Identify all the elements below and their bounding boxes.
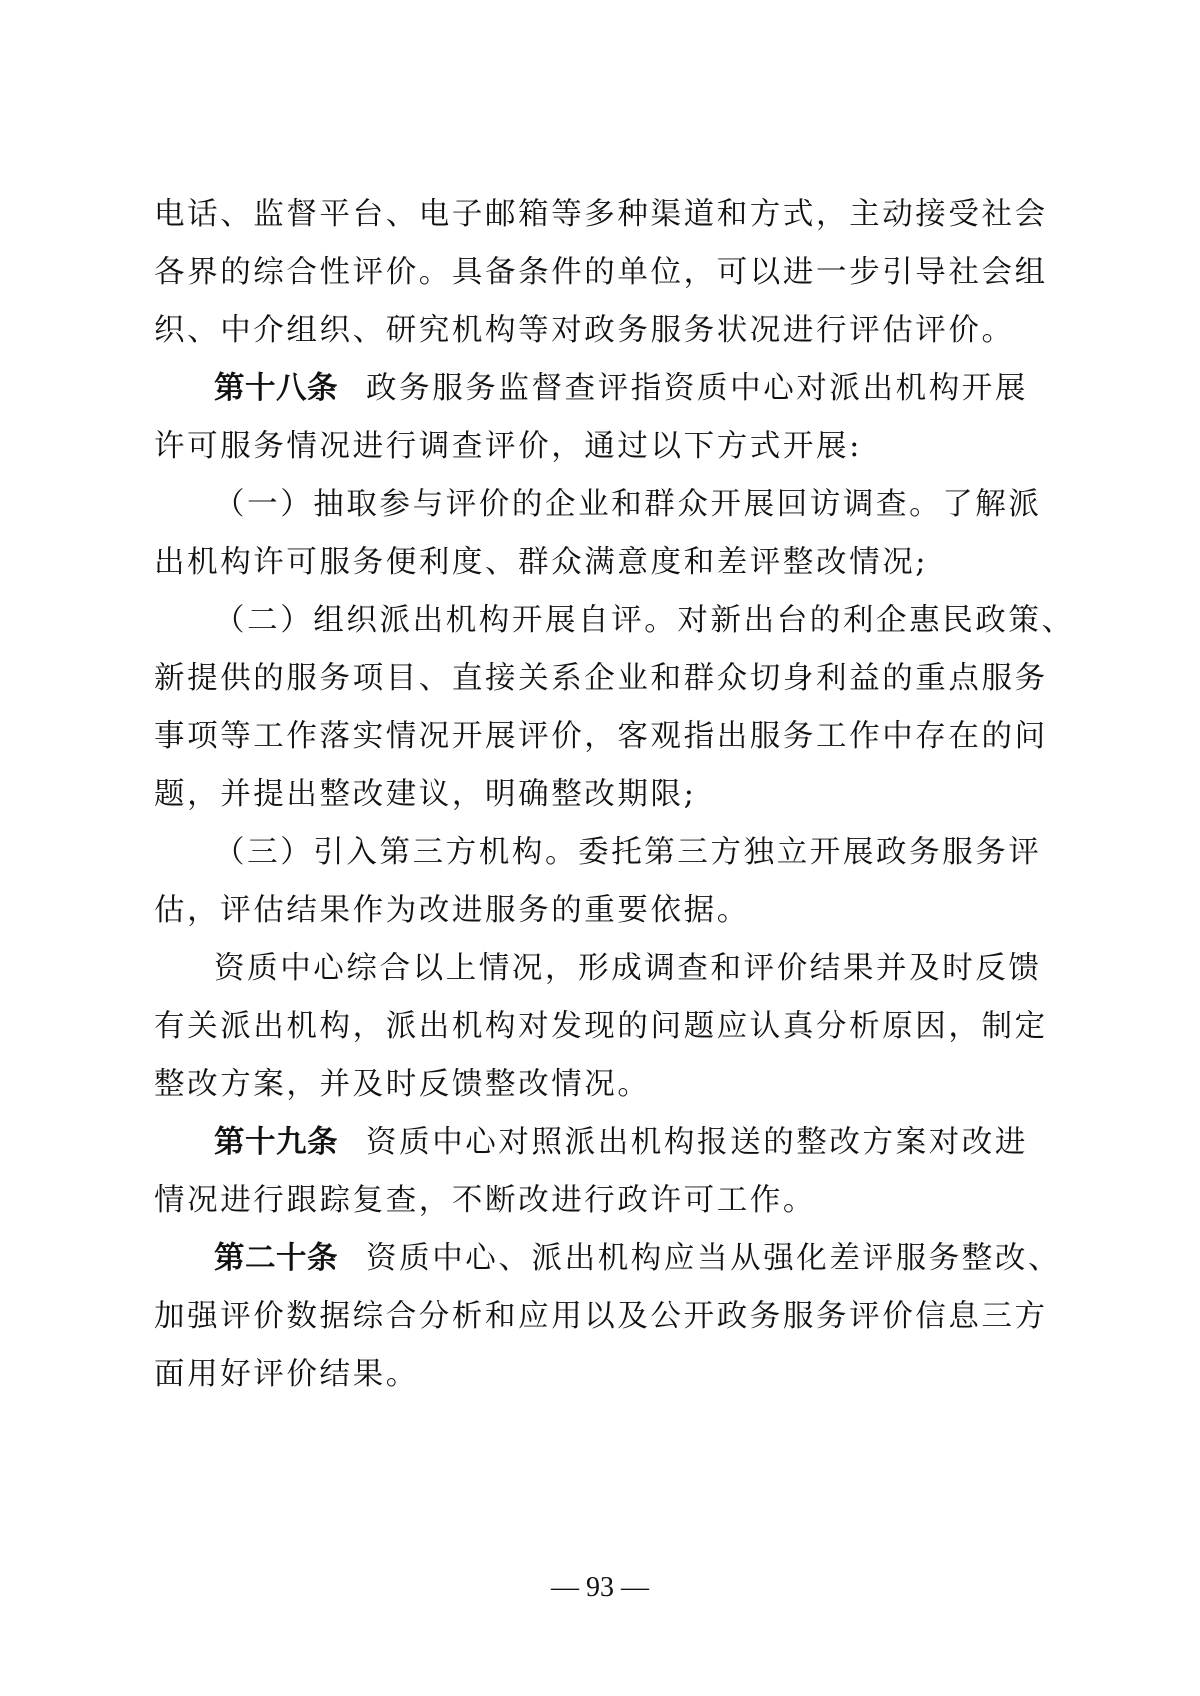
document-page: 电话、监督平台、电子邮箱等多种渠道和方式，主动接受社会 各界的综合性评价。具备条… xyxy=(0,0,1200,1696)
article-20-heading-line: 第二十条资质中心、派出机构应当从强化差评服务整改、 xyxy=(214,1230,964,1288)
text-line: 整改方案，并及时反馈整改情况。 xyxy=(154,1056,964,1114)
page-number: — 93 — xyxy=(0,1568,1200,1608)
text-line: 电话、监督平台、电子邮箱等多种渠道和方式，主动接受社会 xyxy=(154,186,964,244)
article-19-title: 第十九条 xyxy=(214,1125,338,1160)
text-line: 织、中介组织、研究机构等对政务服务状况进行评估评价。 xyxy=(154,302,964,360)
paragraph-summary: 资质中心综合以上情况，形成调查和评价结果并及时反馈 xyxy=(214,940,964,998)
article-18-text: 政务服务监督查评指资质中心对派出机构开展 xyxy=(366,371,1028,406)
text-line: 有关派出机构，派出机构对发现的问题应认真分析原因，制定 xyxy=(154,998,964,1056)
article-19-text: 资质中心对照派出机构报送的整改方案对改进 xyxy=(366,1125,1028,1160)
text-line: 情况进行跟踪复查，不断改进行政许可工作。 xyxy=(154,1172,964,1230)
text-line: 出机构许可服务便利度、群众满意度和差评整改情况; xyxy=(154,534,964,592)
text-line: 题，并提出整改建议，明确整改期限; xyxy=(154,766,964,824)
text-line: 许可服务情况进行调查评价，通过以下方式开展: xyxy=(154,418,964,476)
text-line: 新提供的服务项目、直接关系企业和群众切身利益的重点服务 xyxy=(154,650,964,708)
list-item-1: （一）抽取参与评价的企业和群众开展回访调查。了解派 xyxy=(214,476,964,534)
article-19-heading-line: 第十九条资质中心对照派出机构报送的整改方案对改进 xyxy=(214,1114,964,1172)
text-line: 加强评价数据综合分析和应用以及公开政务服务评价信息三方 xyxy=(154,1288,964,1346)
text-line: 事项等工作落实情况开展评价，客观指出服务工作中存在的问 xyxy=(154,708,964,766)
text-line: 估，评估结果作为改进服务的重要依据。 xyxy=(154,882,964,940)
list-item-3: （三）引入第三方机构。委托第三方独立开展政务服务评 xyxy=(214,824,964,882)
article-20-text: 资质中心、派出机构应当从强化差评服务整改、 xyxy=(366,1241,1061,1276)
article-18-title: 第十八条 xyxy=(214,371,338,406)
list-item-2: （二）组织派出机构开展自评。对新出台的利企惠民政策、 xyxy=(214,592,964,650)
article-20-title: 第二十条 xyxy=(214,1241,338,1276)
text-line: 面用好评价结果。 xyxy=(154,1346,964,1404)
article-18-heading-line: 第十八条政务服务监督查评指资质中心对派出机构开展 xyxy=(214,360,964,418)
text-line: 各界的综合性评价。具备条件的单位，可以进一步引导社会组 xyxy=(154,244,964,302)
